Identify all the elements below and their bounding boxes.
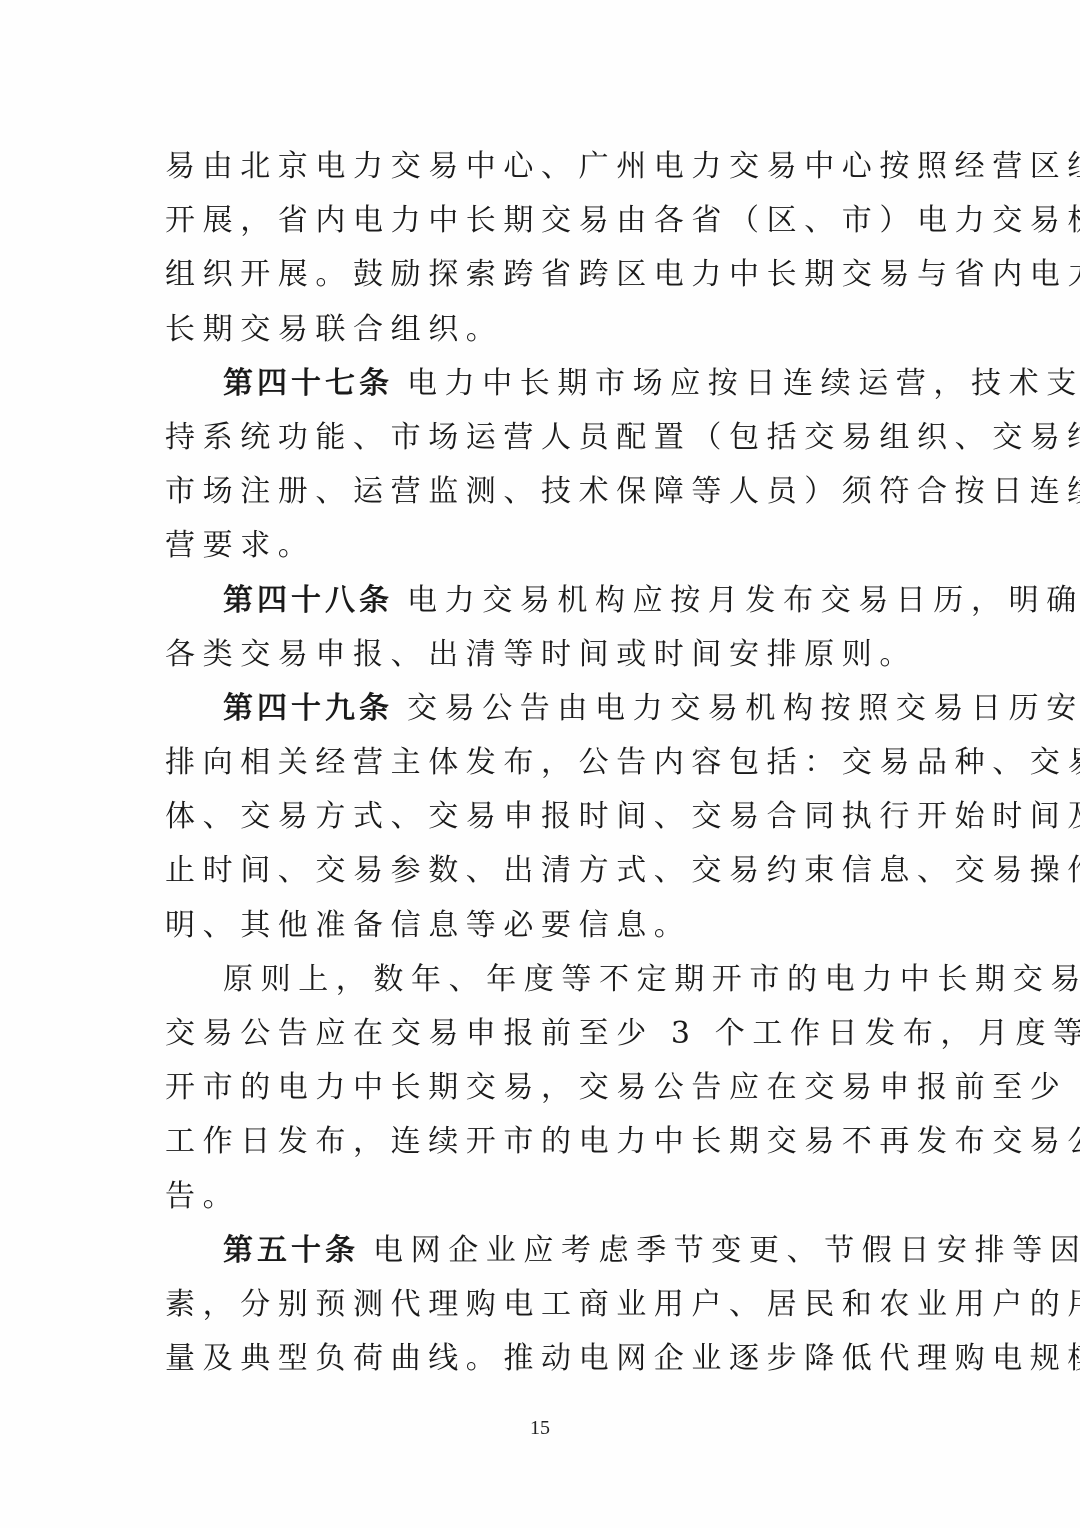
article-text: 电网企业应考虑季节变更、节假日安排等因	[373, 1233, 1080, 1268]
text-line: 工作日发布，连续开市的电力中长期交易不再发布交易公	[165, 1115, 917, 1169]
article-number: 第四十九条	[223, 691, 393, 726]
text-line: 市场注册、运营监测、技术保障等人员）须符合按日连续运	[165, 465, 917, 519]
text-line: 量及典型负荷曲线。推动电网企业逐步降低代理购电规模，	[165, 1332, 917, 1386]
article-47-line: 第四十七条电力中长期市场应按日连续运营，技术支	[165, 357, 917, 411]
page-number: 15	[0, 1417, 1080, 1440]
text-line: 开市的电力中长期交易，交易公告应在交易申报前至少 1 个	[165, 1061, 917, 1115]
text-line: 交易公告应在交易申报前至少 3 个工作日发布，月度等定期	[165, 1007, 917, 1061]
text-line: 营要求。	[165, 519, 917, 573]
article-number: 第四十七条	[223, 366, 393, 401]
article-number: 第五十条	[223, 1233, 359, 1268]
document-page: 易由北京电力交易中心、广州电力交易中心按照经营区组织 开展，省内电力中长期交易由…	[0, 0, 1080, 1528]
article-50-line: 第五十条电网企业应考虑季节变更、节假日安排等因	[165, 1224, 917, 1278]
text-line: 止时间、交易参数、出清方式、交易约束信息、交易操作说	[165, 844, 917, 898]
article-text: 电力中长期市场应按日连续运营，技术支	[407, 366, 1080, 401]
article-48-line: 第四十八条电力交易机构应按月发布交易日历，明确	[165, 574, 917, 628]
article-text: 电力交易机构应按月发布交易日历，明确	[407, 583, 1080, 618]
article-number: 第四十八条	[223, 583, 393, 618]
body-text: 易由北京电力交易中心、广州电力交易中心按照经营区组织 开展，省内电力中长期交易由…	[165, 140, 917, 1386]
text-line: 长期交易联合组织。	[165, 303, 917, 357]
text-line: 持系统功能、市场运营人员配置（包括交易组织、交易结算、	[165, 411, 917, 465]
text-line: 排向相关经营主体发布，公告内容包括：交易品种、交易主	[165, 736, 917, 790]
text-line: 易由北京电力交易中心、广州电力交易中心按照经营区组织	[165, 140, 917, 194]
text-line: 组织开展。鼓励探索跨省跨区电力中长期交易与省内电力中	[165, 248, 917, 302]
text-line: 开展，省内电力中长期交易由各省（区、市）电力交易机构	[165, 194, 917, 248]
article-49-line: 第四十九条交易公告由电力交易机构按照交易日历安	[165, 682, 917, 736]
text-line: 各类交易申报、出清等时间或时间安排原则。	[165, 628, 917, 682]
text-line: 体、交易方式、交易申报时间、交易合同执行开始时间及终	[165, 790, 917, 844]
article-text: 交易公告由电力交易机构按照交易日历安	[407, 691, 1080, 726]
paragraph-start-line: 原则上，数年、年度等不定期开市的电力中长期交易，	[165, 953, 917, 1007]
text-line: 明、其他准备信息等必要信息。	[165, 899, 917, 953]
text-line: 告。	[165, 1170, 917, 1224]
text-line: 素，分别预测代理购电工商业用户、居民和农业用户的用电	[165, 1278, 917, 1332]
